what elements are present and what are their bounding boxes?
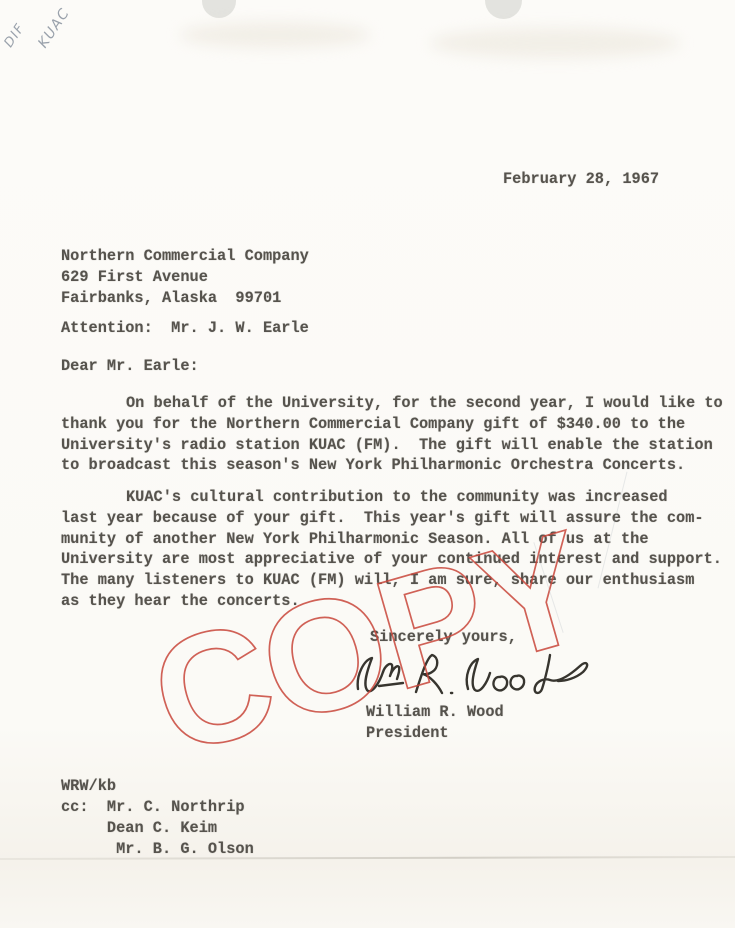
handwritten-note-line2: KUAC (35, 5, 73, 51)
body-paragraph-1: On behalf of the University, for the sec… (61, 393, 735, 476)
punch-hole-left (202, 0, 236, 18)
recipient-address: Northern Commercial Company 629 First Av… (61, 246, 309, 308)
signer-name: William R. Wood (366, 702, 504, 723)
salutation: Dear Mr. Earle: (61, 356, 199, 377)
cc-list: cc: Mr. C. Northrip Dean C. Keim Mr. B. … (61, 797, 254, 859)
date-line: February 28, 1967 (503, 169, 659, 190)
punch-hole-right (485, 0, 522, 19)
body-paragraph-2: KUAC's cultural contribution to the comm… (61, 487, 735, 612)
signer-title: President (366, 723, 449, 744)
paper-smudge (430, 28, 680, 58)
paper-smudge (180, 22, 370, 48)
handwritten-note-line1: DIF (1, 21, 28, 51)
scanned-letter-page: DIF KUAC February 28, 1967 Northern Comm… (0, 0, 735, 928)
signature-handwriting (350, 645, 612, 707)
attention-line: Attention: Mr. J. W. Earle (61, 318, 309, 339)
typist-reference: WRW/kb (61, 776, 116, 797)
